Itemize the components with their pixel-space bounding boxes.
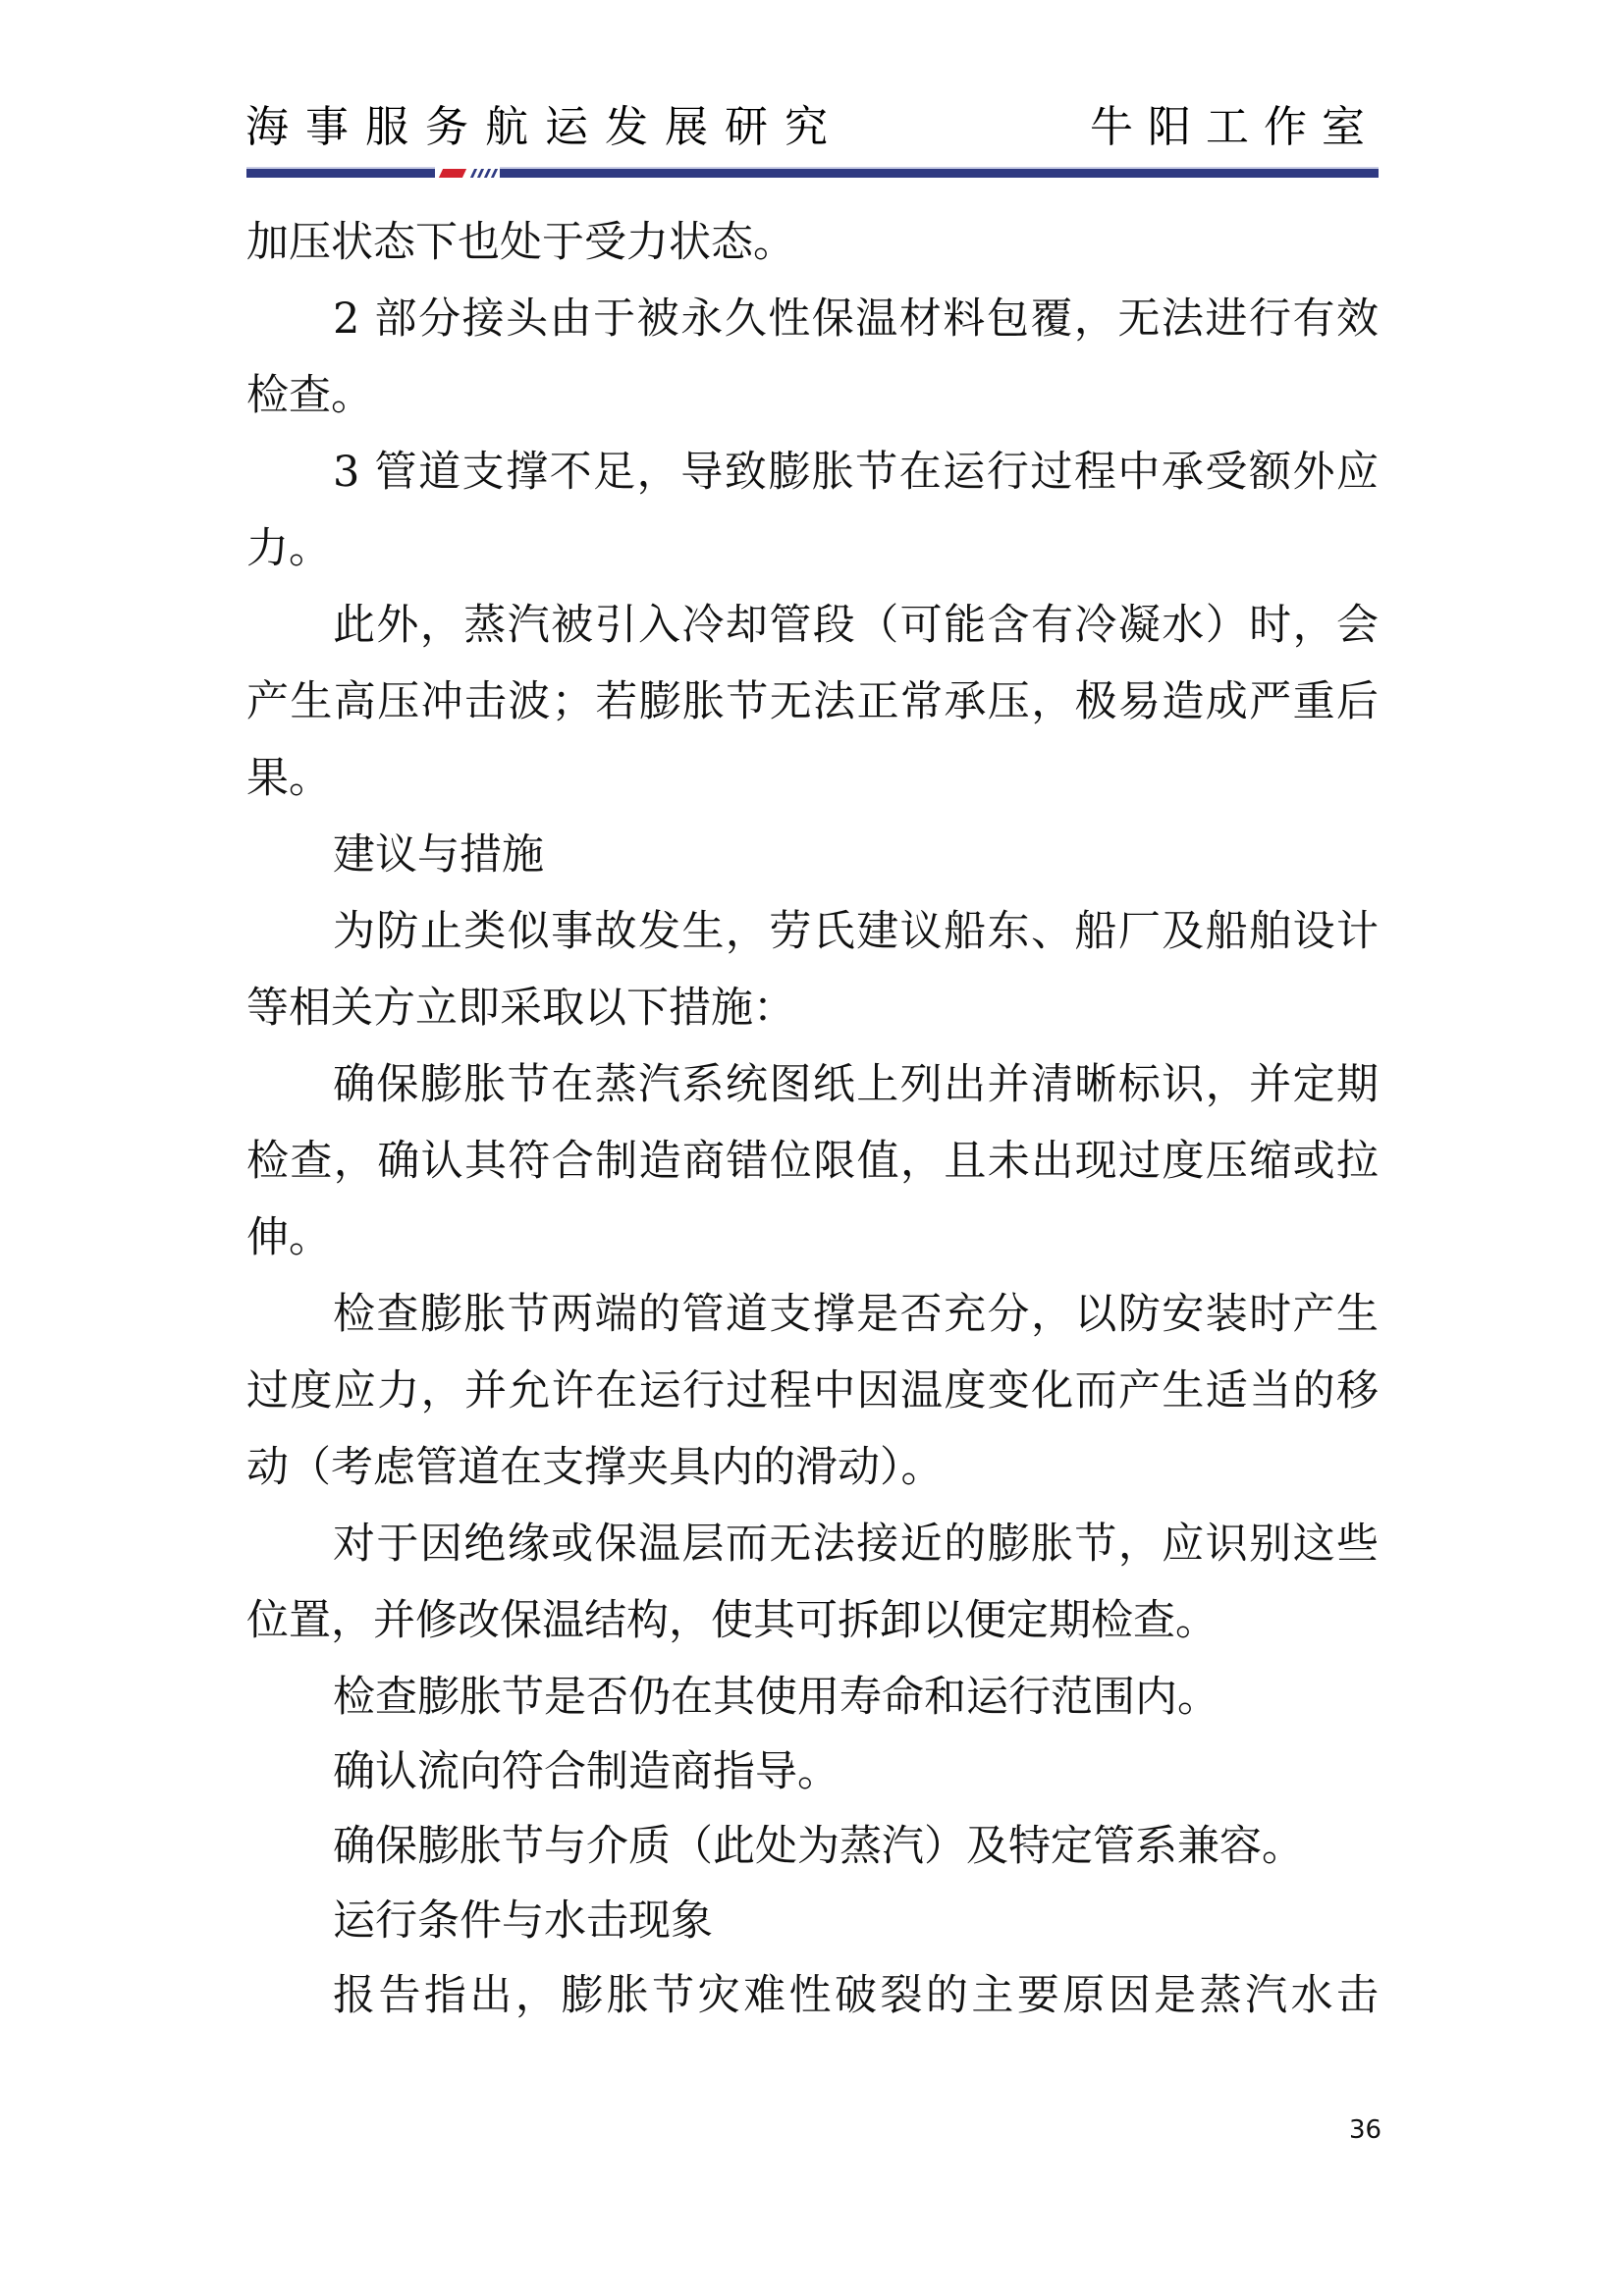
body-line: 检查。 <box>246 367 1379 444</box>
section-heading-operating-conditions: 运行条件与水击现象 <box>246 1893 1379 1967</box>
body-line: 力。 <box>246 520 1379 597</box>
body-line: 确保膨胀节在蒸汽系统图纸上列出并清晰标识，并定期 <box>246 1056 1379 1133</box>
rule-navy-band <box>246 169 1379 178</box>
body-line: 等相关方立即采取以下措施： <box>246 980 1379 1056</box>
body-line: 检查膨胀节两端的管道支撑是否充分，以防安装时产生 <box>246 1286 1379 1362</box>
section-heading-recommendations: 建议与措施 <box>246 827 1379 903</box>
body-line: 加压状态下也处于受力状态。 <box>246 214 1379 291</box>
body-line: 检查，确认其符合制造商错位限值，且未出现过度压缩或拉 <box>246 1133 1379 1209</box>
body-line: 动（考虑管道在支撑夹具内的滑动）。 <box>246 1439 1379 1516</box>
body-line: 过度应力，并允许在运行过程中因温度变化而产生适当的移 <box>246 1362 1379 1439</box>
body-line: 为防止类似事故发生，劳氏建议船东、船厂及船舶设计 <box>246 903 1379 980</box>
body-line: 检查膨胀节是否仍在其使用寿命和运行范围内。 <box>246 1669 1379 1743</box>
body-line: 报告指出，膨胀节灾难性破裂的主要原因是蒸汽水击 <box>246 1967 1379 2044</box>
body-line: 此外，蒸汽被引入冷却管段（可能含有冷凝水）时，会 <box>246 597 1379 673</box>
body-line: 果。 <box>246 750 1379 827</box>
body-line: 伸。 <box>246 1209 1379 1286</box>
rule-red-accent <box>439 169 466 178</box>
page-number: 36 <box>1349 2115 1381 2145</box>
header-publication-title: 海事服务航运发展研究 <box>245 98 844 157</box>
header-studio-name: 牛阳工作室 <box>1090 98 1380 157</box>
body-line: 产生高压冲击波；若膨胀节无法正常承压，极易造成严重后 <box>246 673 1379 750</box>
body-line: 确认流向符合制造商指导。 <box>246 1743 1379 1818</box>
document-body: 加压状态下也处于受力状态。 2 部分接头由于被永久性保温材料包覆，无法进行有效 … <box>246 214 1379 2044</box>
body-line: 确保膨胀节与介质（此处为蒸汽）及特定管系兼容。 <box>246 1818 1379 1893</box>
body-line: 位置，并修改保温结构，使其可拆卸以便定期检查。 <box>246 1592 1379 1669</box>
header-divider-rule <box>246 167 1379 178</box>
body-line: 2 部分接头由于被永久性保温材料包覆，无法进行有效 <box>246 291 1379 367</box>
body-line: 3 管道支撑不足，导致膨胀节在运行过程中承受额外应 <box>246 444 1379 520</box>
body-line: 对于因绝缘或保温层而无法接近的膨胀节，应识别这些 <box>246 1516 1379 1592</box>
